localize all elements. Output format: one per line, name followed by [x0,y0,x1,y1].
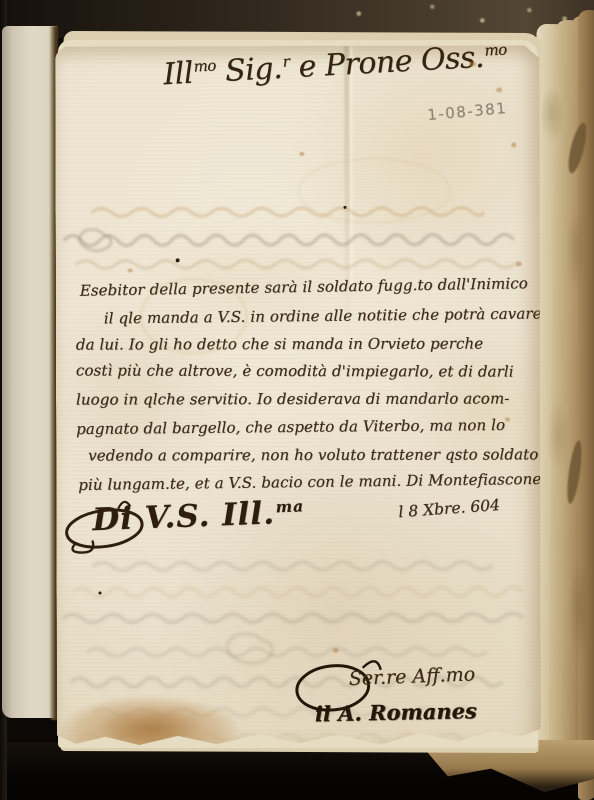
manuscript-scan: Illmo Sig.r e Prone Oss.mo 1-08-381 Eseb… [0,0,594,800]
fox-spot [128,268,133,272]
ink-speck [344,206,347,209]
fox-spot [496,87,502,92]
salutation-text: Ill [162,56,193,93]
fox-spot [299,152,304,156]
body-line: da lui. Io gli ho detto che si manda in … [76,335,483,354]
fox-spot [516,261,522,266]
closing-text: Di V.S. Ill. [92,495,276,538]
ink-speck [99,592,102,595]
signature-name: il A. Romanes [315,698,477,726]
salutation-superscript: mo [193,56,216,75]
body-line: vedendo a comparire, non ho voluto tratt… [88,445,538,464]
ink-speck [176,258,180,262]
fox-spot [511,142,516,147]
manuscript-page: Illmo Sig.r e Prone Oss.mo 1-08-381 Eseb… [55,45,541,746]
body-line: costì più che altrove, è comodità d'impi… [76,361,514,380]
bleedthrough-text-upper [63,197,527,284]
closing-superscript: ma [275,496,304,516]
fox-spot [333,648,339,653]
salutation-text: Sig. [215,51,283,90]
stain-ring [297,158,451,224]
stain-ring [140,278,248,354]
fox-spot [469,62,476,67]
fox-spot [505,417,510,421]
body-line: luogo in qlche servitio. Io desiderava d… [76,389,509,408]
